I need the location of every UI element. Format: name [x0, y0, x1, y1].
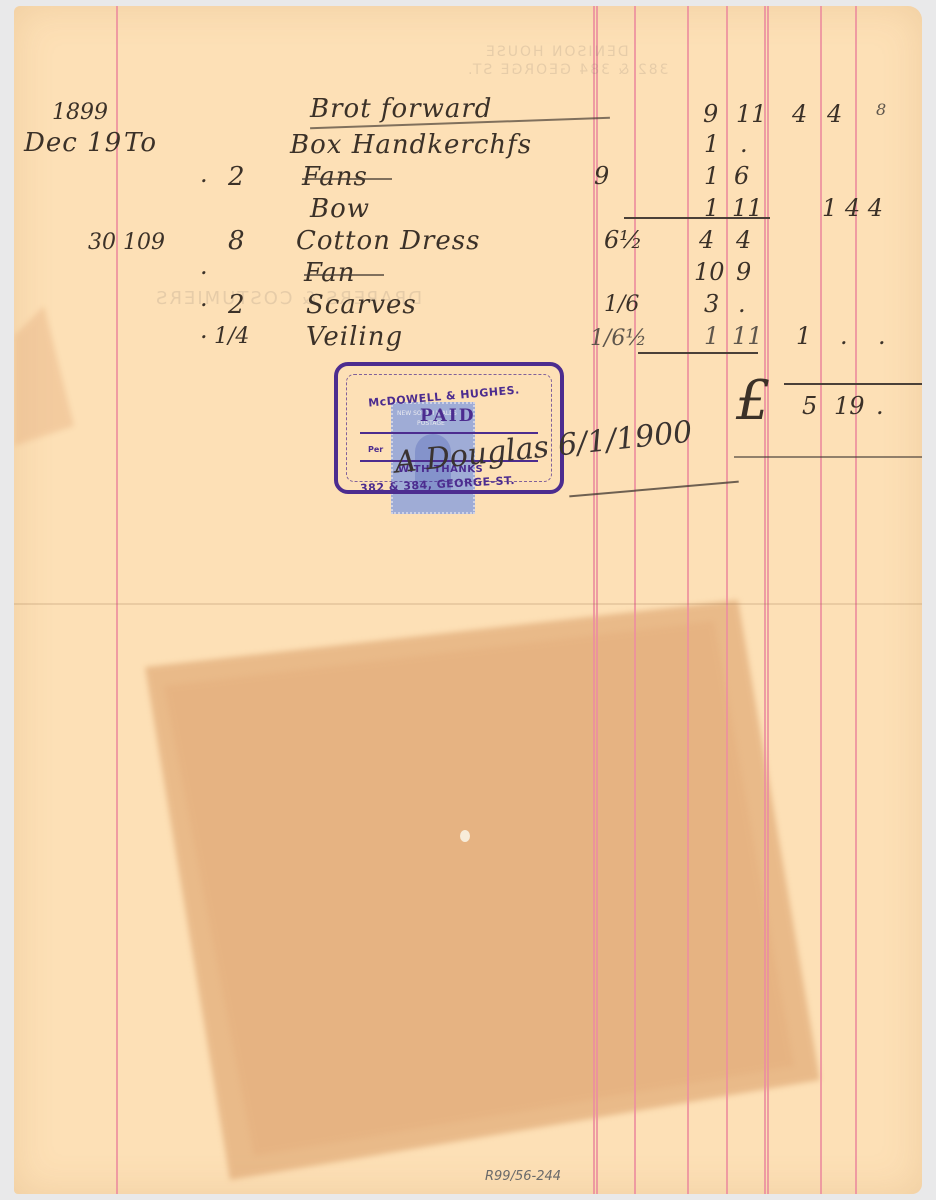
show-through-heading-2: 382 & 384 GEORGE ST. — [466, 62, 669, 78]
item-dot: . — [200, 286, 208, 310]
item-shillings: 1 — [704, 132, 719, 156]
show-through-heading-1: DENISON HOUSE — [484, 44, 629, 60]
total-shillings: 19 — [834, 394, 865, 418]
column-rule — [726, 6, 728, 1194]
item-shillings: 3 — [704, 292, 719, 316]
stamp-per-label: Per — [368, 445, 383, 454]
archive-reference: R99/56-244 — [485, 1169, 561, 1184]
column-rule — [634, 6, 636, 1194]
subtotal-second-pounds: 1 — [796, 324, 811, 348]
item-date: 30 109 — [88, 232, 165, 254]
total-pence: . — [876, 394, 884, 418]
column-rule — [764, 6, 766, 1194]
item-pence: 9 — [736, 260, 751, 284]
bf-margin-note: 8 — [876, 102, 886, 118]
item-pence: 4 — [736, 228, 751, 252]
bf-shillings: 11 — [736, 102, 767, 126]
subtotal-rule — [638, 352, 758, 354]
item-rate: 1/6 — [604, 294, 639, 316]
item-description: Cotton Dress — [296, 228, 480, 254]
item-description: Box Handkerchfs — [290, 132, 532, 158]
item-description: Scarves — [306, 292, 417, 318]
bf-extra-1: 4 — [792, 102, 807, 126]
item-description: Bow — [310, 196, 370, 222]
signature-flourish-line — [734, 456, 922, 458]
item-description: Fan — [304, 260, 356, 286]
subtotal-first: 1 4 4 — [822, 196, 883, 220]
bf-pounds: 9 — [703, 102, 718, 126]
subtotal-second-pence: . — [878, 324, 886, 348]
item-qty: 2 — [228, 164, 246, 190]
item-shillings: 10 — [694, 260, 725, 284]
item-dot: . — [200, 318, 208, 342]
column-rule — [687, 6, 689, 1194]
item-rate: 9 — [594, 164, 609, 188]
item-description: Fans — [302, 164, 368, 190]
item-dot: . — [200, 162, 208, 186]
to-label: To — [124, 130, 157, 156]
item-pence: 6 — [734, 164, 749, 188]
item-rate: 6½ — [604, 228, 643, 252]
item-description: Veiling — [306, 324, 403, 350]
item-pence: . — [740, 132, 748, 156]
item-rate: 1/6½ — [590, 328, 647, 350]
year: 1899 — [52, 102, 108, 124]
item-shillings: 1 — [704, 164, 719, 188]
date: Dec 19 — [24, 130, 122, 156]
subtotal-second-shillings: . — [840, 324, 848, 348]
total-rule — [784, 383, 922, 385]
item-qty: 2 — [228, 292, 246, 318]
item-pence: 11 — [732, 324, 763, 348]
item-dot: . — [200, 254, 208, 278]
item-shillings: 1 — [704, 324, 719, 348]
stain-mark — [14, 6, 922, 1194]
punch-hole — [460, 830, 470, 842]
item-shillings: 4 — [699, 228, 714, 252]
item-qty: 8 — [228, 228, 246, 254]
total-pounds: 5 — [802, 394, 817, 418]
stamp-paid: PAID — [420, 406, 475, 426]
strike-line — [302, 178, 392, 180]
item-qty: 1/4 — [214, 326, 249, 348]
pound-sign: £ — [736, 374, 770, 428]
subtotal-rule — [624, 217, 770, 219]
item-pence: . — [738, 292, 746, 316]
margin-rule — [116, 6, 118, 1194]
fold-crease — [14, 603, 922, 605]
receipt-paper: DENISON HOUSE 382 & 384 GEORGE ST. DRAPE… — [14, 6, 922, 1194]
strike-line — [304, 274, 384, 276]
bf-extra-2: 4 — [827, 102, 842, 126]
column-rule — [820, 6, 822, 1194]
column-rule — [855, 6, 857, 1194]
brought-forward-label: Brot forward — [310, 96, 492, 122]
